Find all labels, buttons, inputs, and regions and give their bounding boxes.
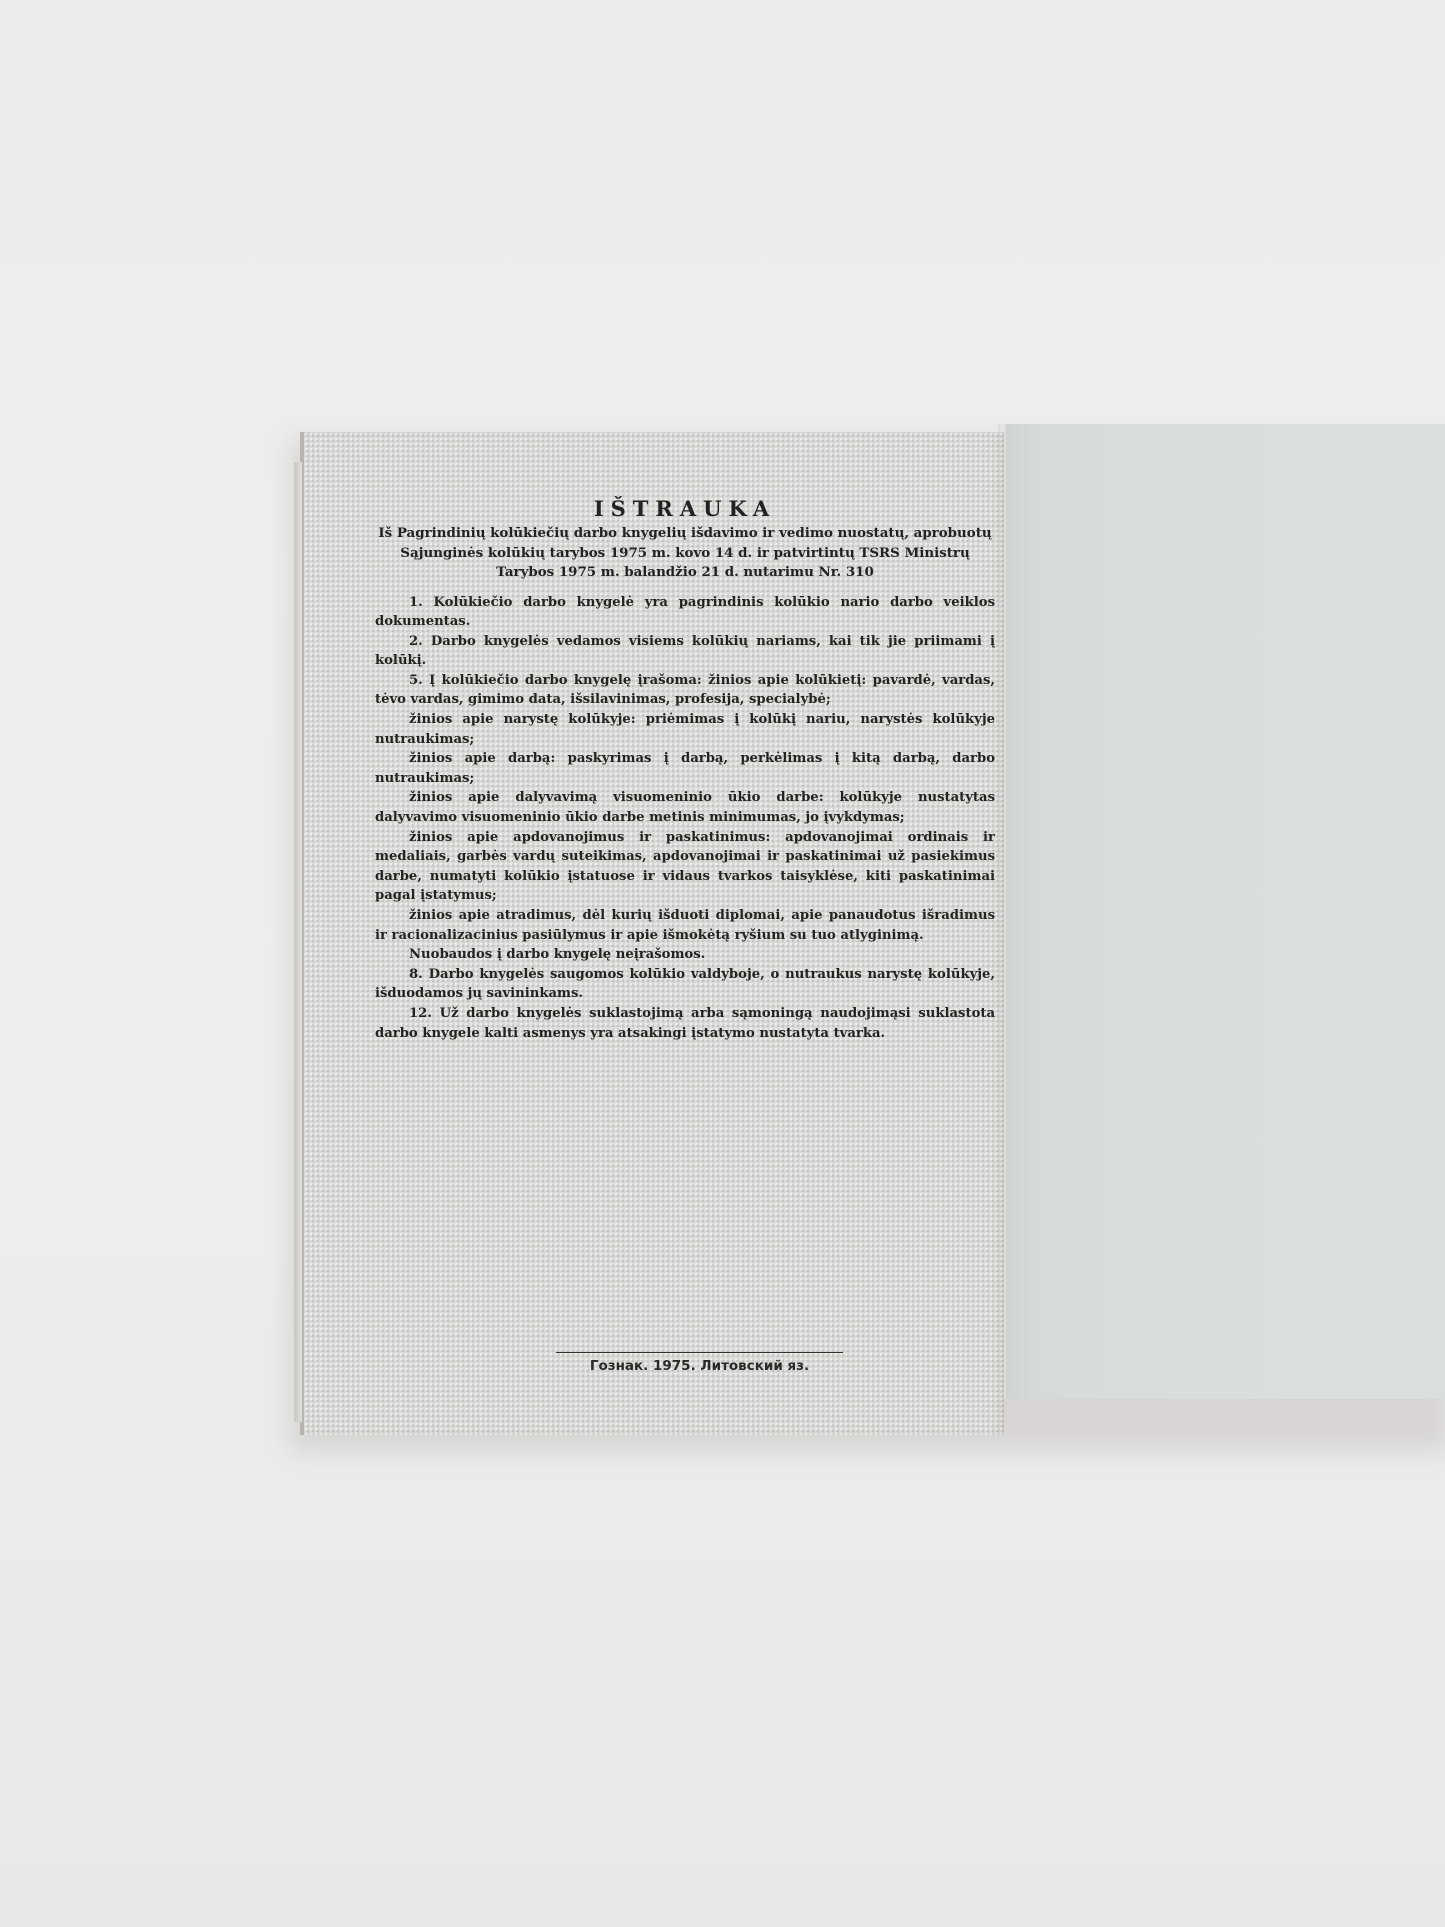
document-title: IŠTRAUKA bbox=[375, 496, 995, 521]
paragraph: žinios apie dalyvavimą visuomeninio ūkio… bbox=[375, 788, 995, 827]
paragraph: žinios apie darbą: paskyrimas į darbą, p… bbox=[375, 749, 995, 788]
paragraph: žinios apie narystę kolūkyje: priėmimas … bbox=[375, 710, 995, 749]
paragraph: 8. Darbo knygelės saugomos kolūkio valdy… bbox=[375, 965, 995, 1004]
right-page-blank bbox=[1000, 424, 1445, 1399]
paragraph: 5. Į kolūkiečio darbo knygelę įrašoma: ž… bbox=[375, 671, 995, 710]
document-subtitle: Iš Pagrindinių kolūkiečių darbo knygelių… bbox=[375, 524, 995, 583]
paragraph: 2. Darbo knygelės vedamos visiems kolūki… bbox=[375, 632, 995, 671]
paragraph: žinios apie atradimus, dėl kurių išduoti… bbox=[375, 906, 995, 945]
paragraph: 1. Kolūkiečio darbo knygelė yra pagrindi… bbox=[375, 593, 995, 632]
paragraph: žinios apie apdovanojimus ir paskatinimu… bbox=[375, 828, 995, 906]
paragraph: 12. Už darbo knygelės suklastojimą arba … bbox=[375, 1004, 995, 1043]
printer-imprint: Гознак. 1975. Литовский яз. bbox=[556, 1352, 843, 1374]
page-text: IŠTRAUKA Iš Pagrindinių kolūkiečių darbo… bbox=[375, 496, 995, 1043]
paragraph: Nuobaudos į darbo knygelę neįrašomos. bbox=[375, 945, 995, 965]
